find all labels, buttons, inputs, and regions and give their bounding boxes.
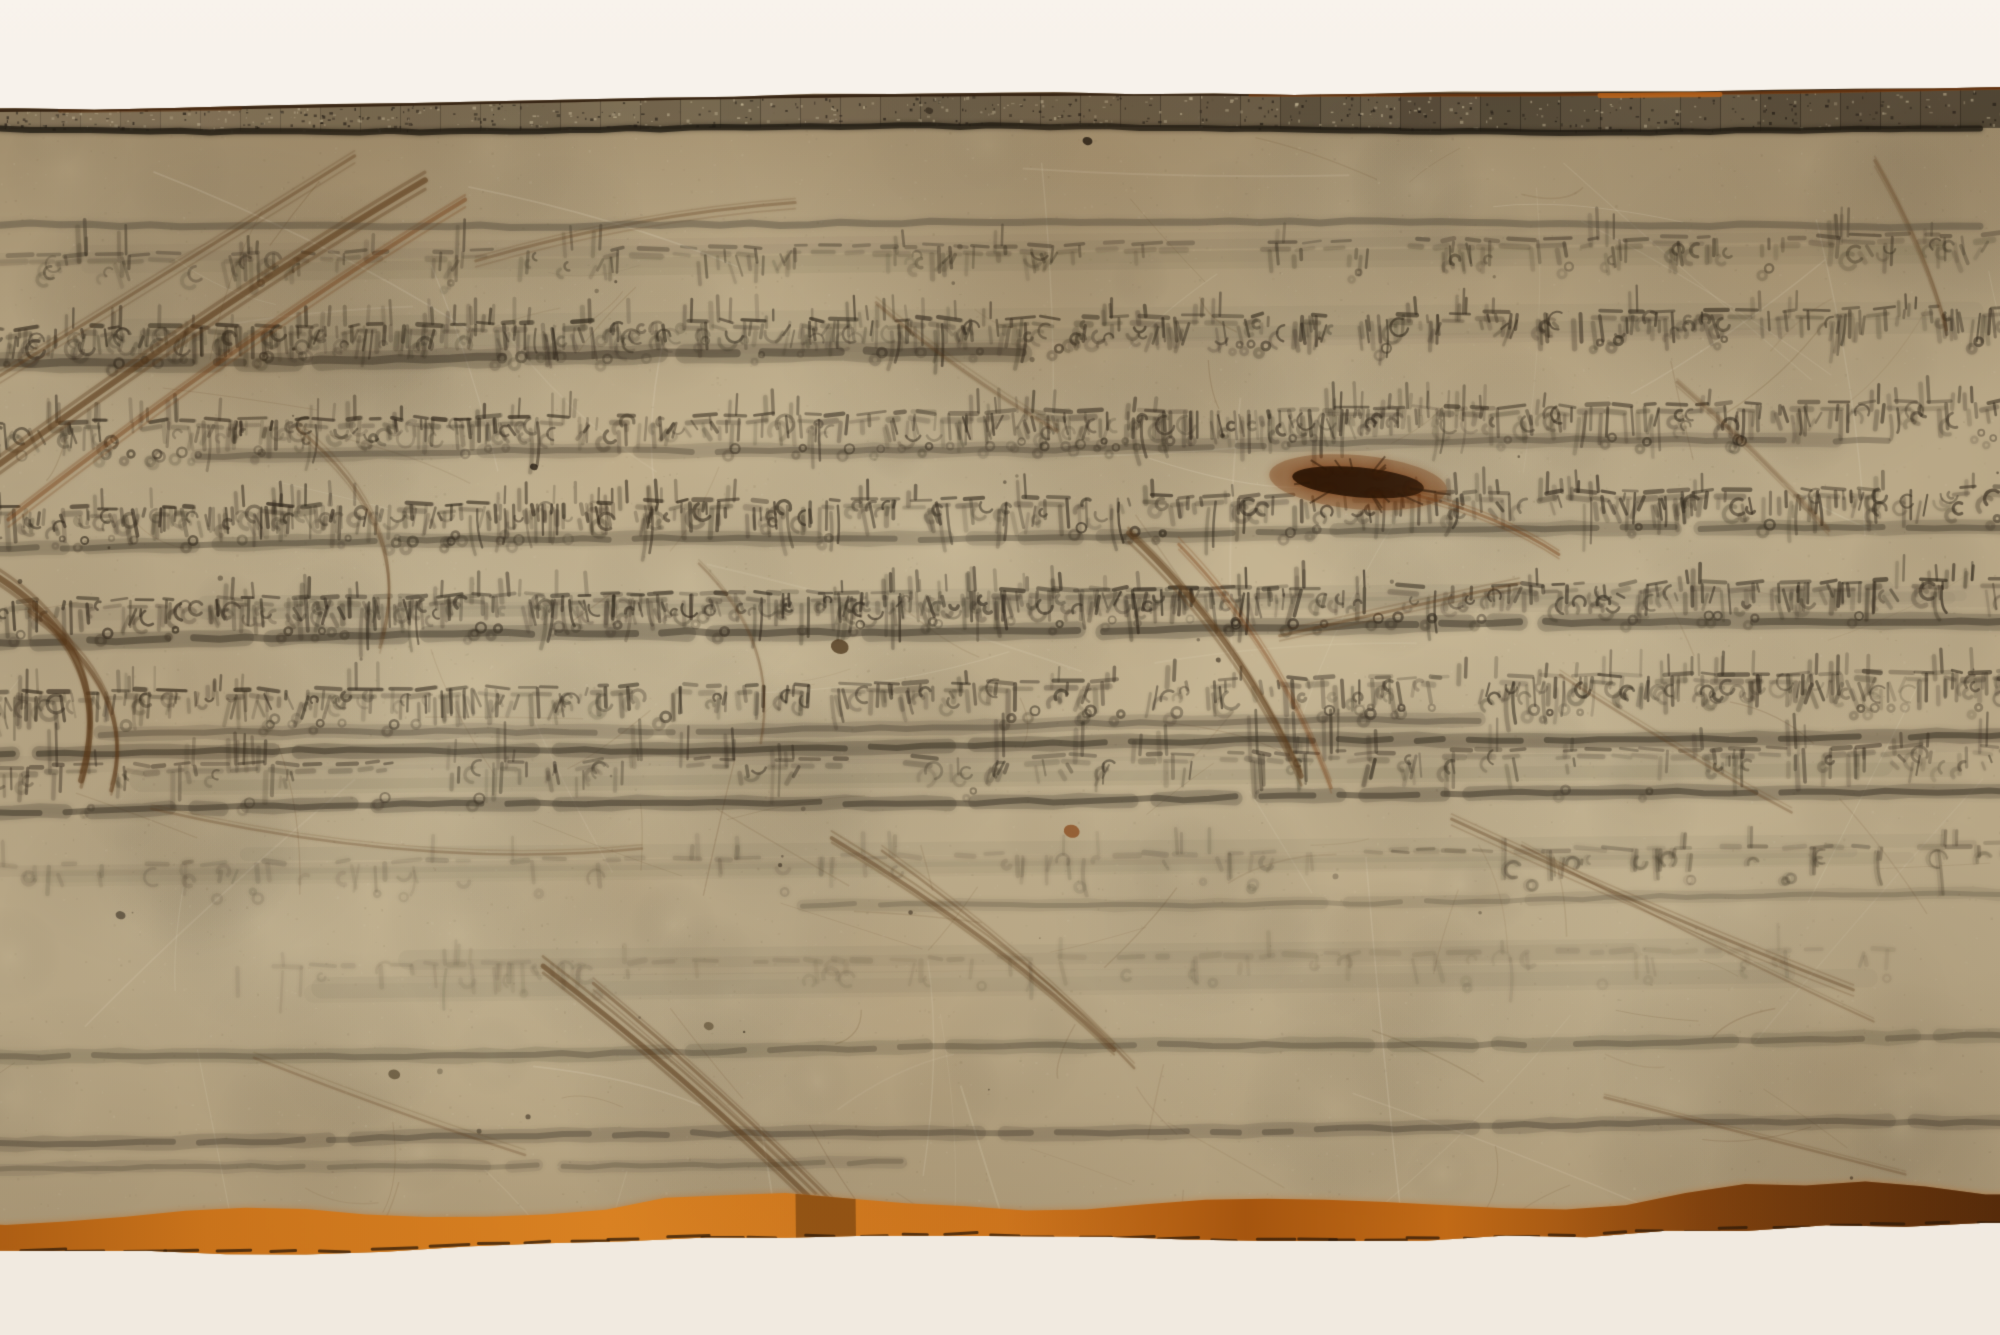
manuscript-photo bbox=[0, 0, 2000, 1335]
manuscript-canvas bbox=[0, 0, 2000, 1335]
